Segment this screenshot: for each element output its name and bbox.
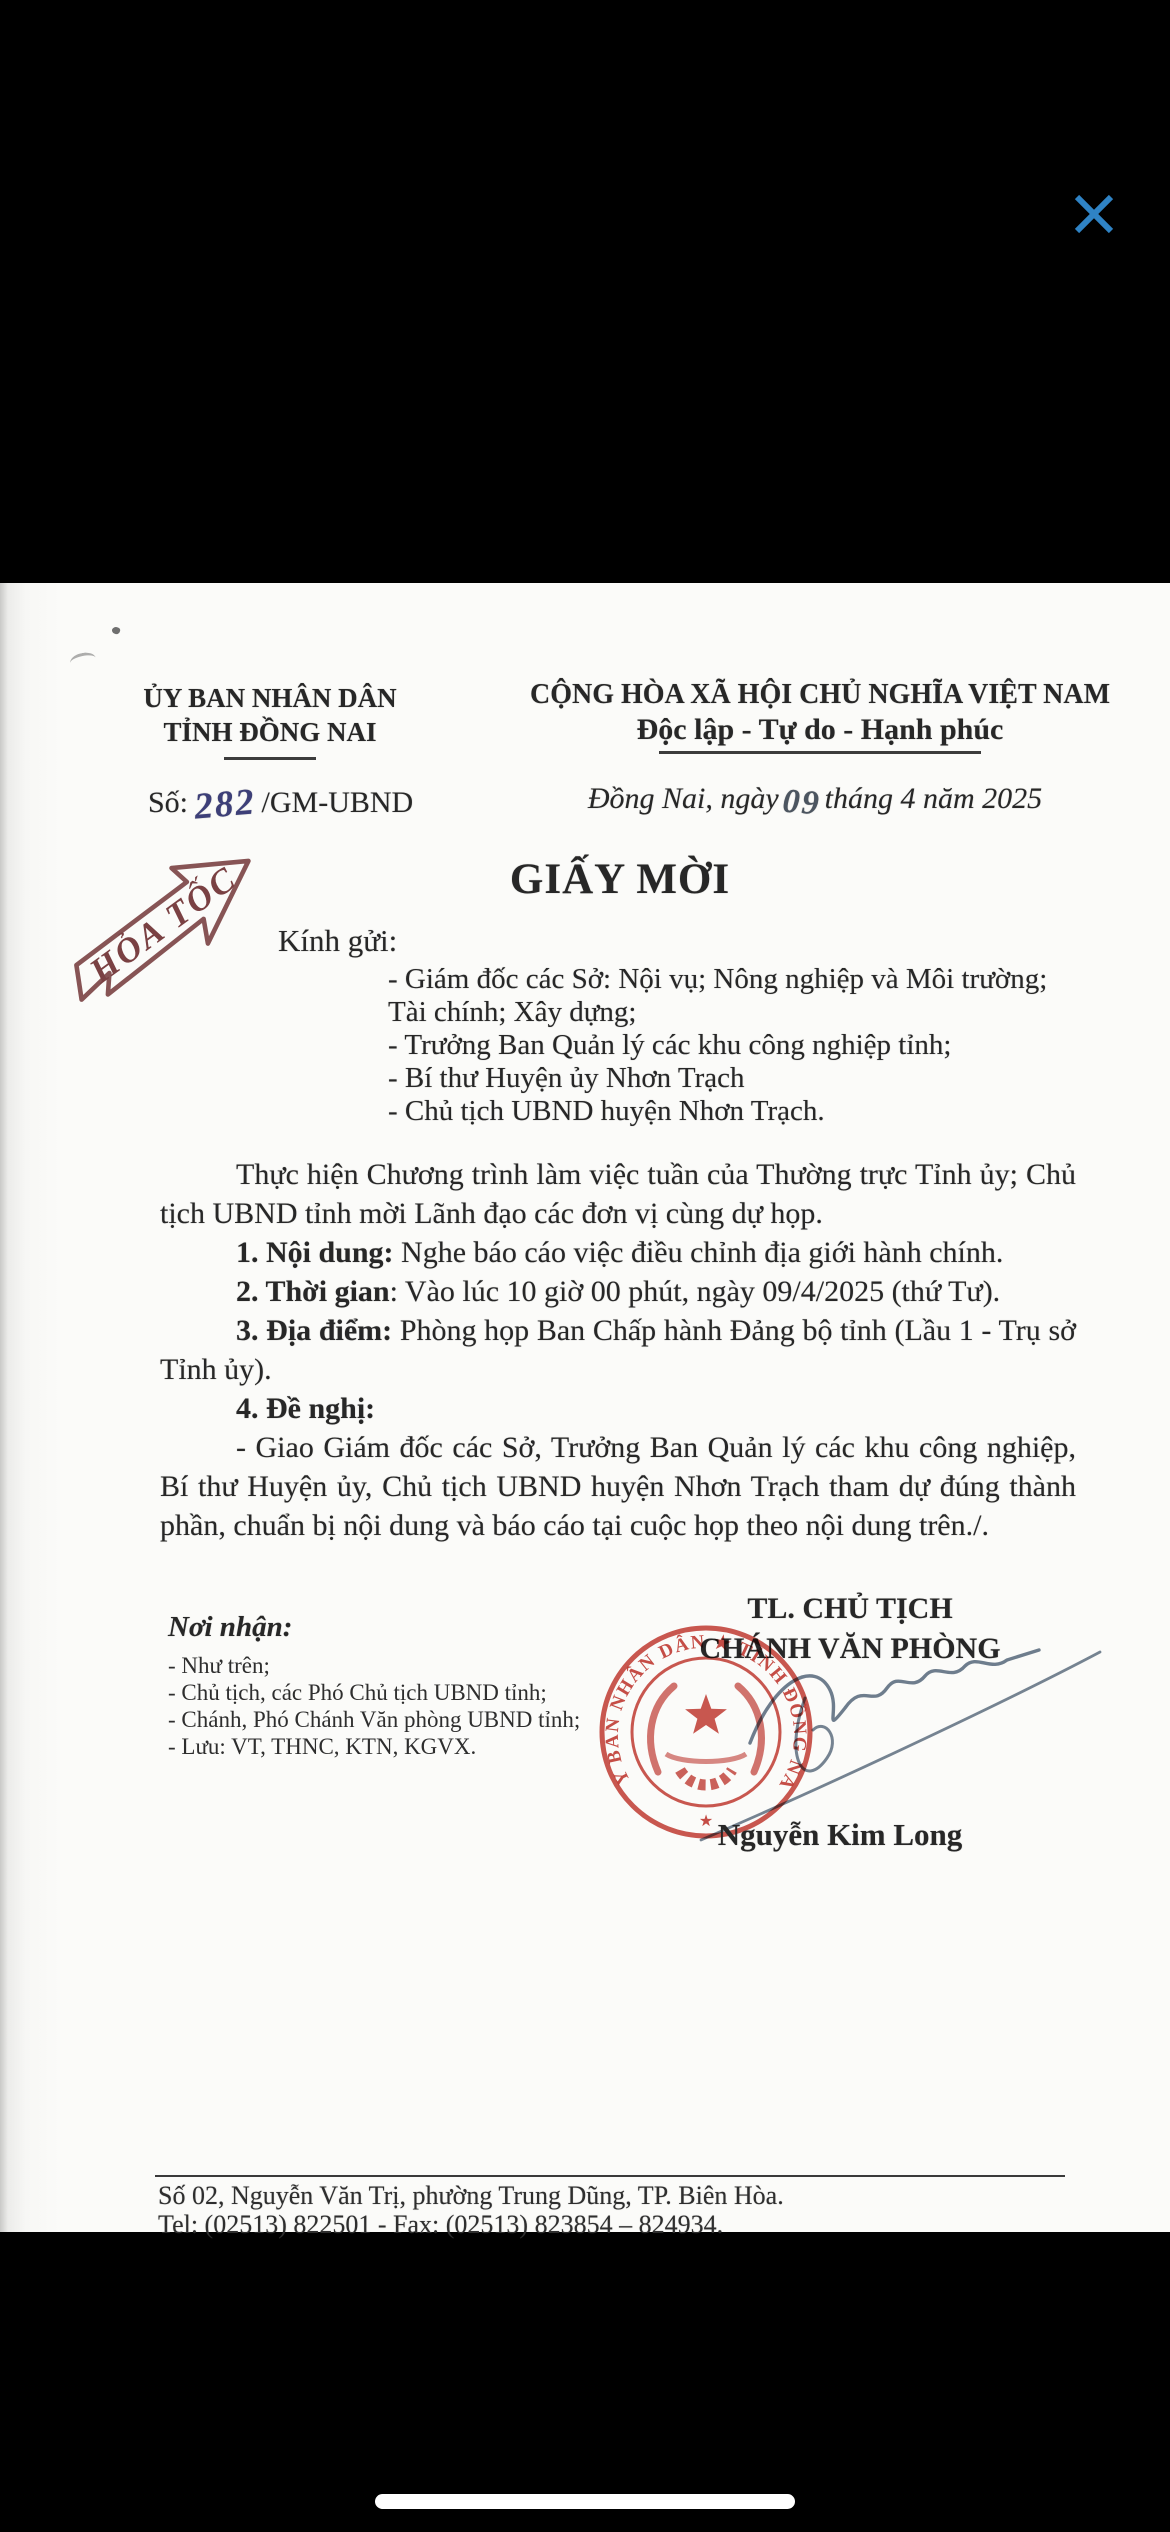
image-viewer-screen: ỦY BAN NHÂN DÂN TỈNH ĐỒNG NAI CỘNG HÒA X… — [0, 0, 1170, 2532]
item-dia-diem: 3. Địa điểm: Phòng họp Ban Chấp hành Đản… — [160, 1311, 1076, 1389]
item-text: Nghe báo cáo việc điều chỉnh địa giới hà… — [394, 1236, 1004, 1269]
noi-nhan-item: - Chánh, Phó Chánh Văn phòng UBND tỉnh; — [168, 1706, 598, 1733]
noi-nhan-item: - Như trên; — [168, 1652, 598, 1679]
national-motto-header: CỘNG HÒA XÃ HỘI CHỦ NGHĨA VIỆT NAM Độc l… — [520, 679, 1120, 754]
dateline-post: tháng 4 năm 2025 — [825, 782, 1043, 815]
footer-address: Số 02, Nguyễn Văn Trị, phường Trung Dũng… — [158, 2181, 1108, 2210]
number-suffix: /GM-UBND — [262, 786, 414, 819]
document-body: Thực hiện Chương trình làm việc tuần của… — [160, 1155, 1076, 1545]
date-line: Đồng Nai, ngày09tháng 4 năm 2025 — [560, 779, 1070, 817]
recipient-line: - Trưởng Ban Quản lý các khu công nghiệp… — [388, 1029, 1088, 1062]
national-line2: Độc lập - Tự do - Hạnh phúc — [520, 711, 1120, 749]
close-button[interactable] — [1066, 186, 1122, 242]
motto-underline — [659, 751, 981, 754]
date-handwritten: 09 — [781, 783, 822, 824]
footer-divider — [155, 2175, 1065, 2177]
item-thoi-gian: 2. Thời gian: Vào lúc 10 giờ 00 phút, ng… — [160, 1272, 1076, 1311]
close-icon — [1066, 186, 1122, 242]
noi-nhan-label: Nơi nhận: — [168, 1611, 598, 1644]
item-label: 1. Nội dung: — [236, 1236, 394, 1269]
noi-nhan-list: - Như trên;- Chủ tịch, các Phó Chủ tịch … — [168, 1652, 598, 1760]
noi-nhan-item: - Chủ tịch, các Phó Chủ tịch UBND tỉnh; — [168, 1679, 598, 1706]
item-label: 4. Đề nghị: — [236, 1392, 375, 1425]
footer-contact: Số 02, Nguyễn Văn Trị, phường Trung Dũng… — [158, 2181, 1108, 2239]
item-label: 2. Thời gian — [236, 1275, 390, 1308]
item-text: : Vào lúc 10 giờ 00 phút, ngày 09/4/2025… — [390, 1275, 1001, 1308]
recipient-line: Tài chính; Xây dựng; — [388, 996, 1088, 1029]
document-page: ỦY BAN NHÂN DÂN TỈNH ĐỒNG NAI CỘNG HÒA X… — [0, 583, 1170, 2232]
national-line1: CỘNG HÒA XÃ HỘI CHỦ NGHĨA VIỆT NAM — [520, 679, 1120, 711]
urgent-arrow-icon: HỎA TỐC — [33, 817, 306, 1055]
paper-speck — [69, 650, 98, 670]
item-noi-dung: 1. Nội dung: Nghe báo cáo việc điều chỉn… — [160, 1233, 1076, 1272]
number-prefix: Số: — [148, 786, 188, 819]
org-underline — [224, 757, 316, 760]
number-handwritten: 282 — [193, 780, 258, 828]
item-de-nghi: 4. Đề nghị: — [160, 1389, 1076, 1428]
closing-paragraph: - Giao Giám đốc các Sở, Trưởng Ban Quản … — [160, 1428, 1076, 1545]
paper-speck — [111, 626, 121, 635]
dateline-pre: Đồng Nai, ngày — [588, 782, 779, 815]
urgent-stamp: HỎA TỐC — [33, 817, 306, 1055]
signer-name: Nguyễn Kim Long — [630, 1817, 1050, 1853]
issuing-org-header: ỦY BAN NHÂN DÂN TỈNH ĐỒNG NAI — [95, 681, 445, 760]
footer-phone: Tel: (02513) 822501 - Fax: (02513) 82385… — [158, 2210, 1108, 2239]
recipient-line: - Bí thư Huyện ủy Nhơn Trạch — [388, 1062, 1088, 1095]
recipient-line: - Giám đốc các Sở: Nội vụ; Nông nghiệp v… — [388, 963, 1088, 996]
recipients-footer-block: Nơi nhận: - Như trên;- Chủ tịch, các Phó… — [168, 1611, 598, 1760]
noi-nhan-item: - Lưu: VT, THNC, KTN, KGVX. — [168, 1733, 598, 1760]
item-label: 3. Địa điểm: — [236, 1314, 392, 1347]
org-name-line2: TỈNH ĐỒNG NAI — [95, 715, 445, 749]
document-number: Số:282/GM-UBND — [148, 779, 413, 822]
recipient-line: - Chủ tịch UBND huyện Nhơn Trạch. — [388, 1095, 1088, 1128]
home-indicator[interactable] — [375, 2494, 795, 2509]
org-name-line1: ỦY BAN NHÂN DÂN — [95, 681, 445, 715]
intro-paragraph: Thực hiện Chương trình làm việc tuần của… — [160, 1155, 1076, 1233]
salutation: Kính gửi: — [278, 923, 397, 959]
recipient-list: - Giám đốc các Sở: Nội vụ; Nông nghiệp v… — [388, 963, 1088, 1128]
